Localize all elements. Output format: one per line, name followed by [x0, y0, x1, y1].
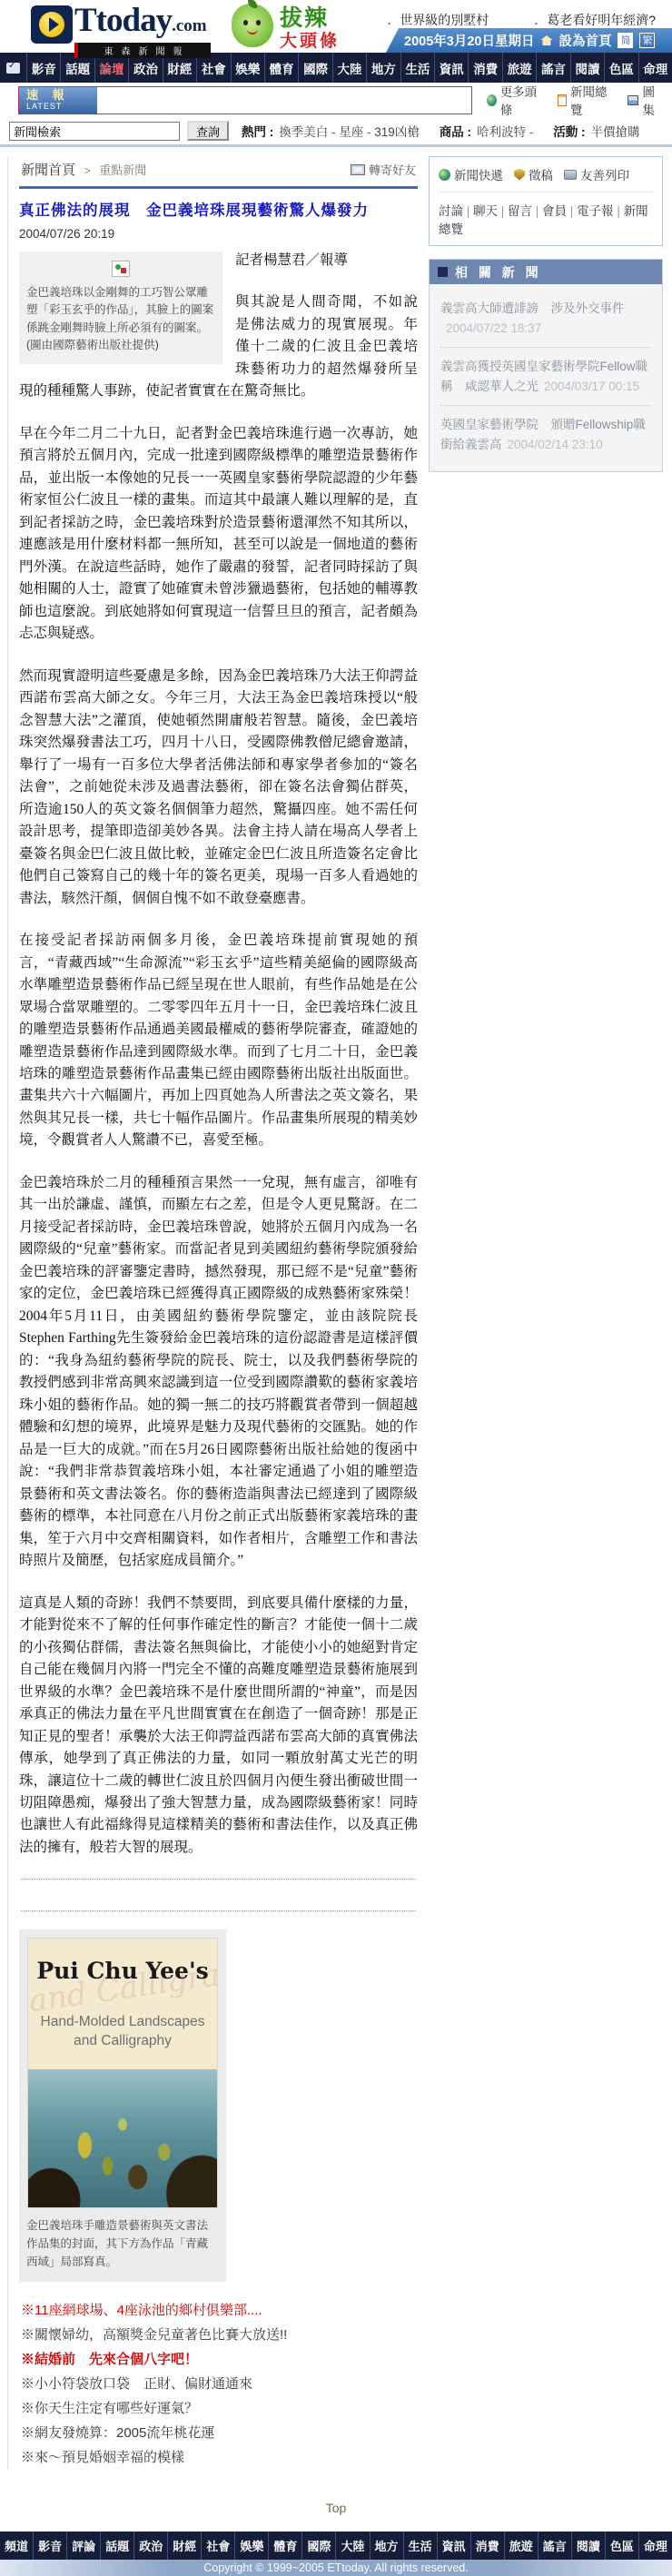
content-area: 新聞首頁 > 重點新聞 轉寄好友 真正佛法的展現 金巴義培珠展現藝術驚人爆發力 …: [0, 147, 672, 2470]
footer-nav-item[interactable]: 財經: [168, 2532, 202, 2560]
book-caption: 金巴義培珠手雕造景藝術與英文書法作品集的封面，其下方為作品「青藏西域」局部寫真。: [26, 2216, 219, 2271]
home-icon: [540, 35, 552, 45]
promo-link[interactable]: ※你天生注定有哪些好運氣？: [21, 2396, 418, 2421]
more-headlines-link[interactable]: 更多頭條: [487, 82, 542, 118]
print-friendly-link[interactable]: 友善列印: [564, 165, 629, 183]
footer-nav-item[interactable]: 消費: [471, 2532, 505, 2560]
logo-wordmark: Ttoday.com: [74, 2, 207, 39]
footer-nav-item[interactable]: 謠言: [539, 2532, 572, 2560]
footer-nav-item[interactable]: 大陸: [336, 2532, 370, 2560]
breadcrumb-section[interactable]: 重點新聞: [99, 163, 146, 177]
nav-item[interactable]: 地方: [367, 53, 400, 83]
related-news-item[interactable]: 義雲高獲授英國皇家藝術學院Fellow職稱 咸認華人之光2004/03/17 0…: [440, 348, 651, 406]
article-paragraphs: 與其說是人間奇聞，不如說是佛法威力的現實展現。年僅十二歲的仁波且金巴義培珠藝術功…: [19, 291, 418, 1859]
promo-link[interactable]: ※結婚前 先來合個八字吧！: [21, 2347, 418, 2372]
footer-nav-item[interactable]: 地方: [371, 2532, 404, 2560]
nav-item[interactable]: 消費: [469, 53, 502, 83]
nav-item[interactable]: 命理: [639, 53, 672, 83]
simplified-chinese-button[interactable]: 简: [618, 33, 633, 48]
et-logo-icon: [31, 5, 73, 44]
header-headlines: 世界級的別墅村 葛老看好明年經濟?: [345, 11, 656, 29]
submission-link[interactable]: 徵稿: [514, 165, 553, 183]
footer-nav-item[interactable]: 旅遊: [505, 2532, 539, 2560]
page-icon: [558, 94, 567, 106]
photo-caption: 金巴義培珠以金剛舞的工巧智公眾雕塑「彩玉玄乎的作品」，其臉上的圖案係跳金剛舞時臉…: [26, 284, 215, 355]
quick-links-box: 新聞快遞 徵稿 友善列印 討論聊天留言會員電子報新聞總覽: [429, 156, 663, 246]
related-news-box: 相 關 新 聞 義雲高大師遭誹謗 涉及外交事件2004/07/22 18:37 …: [429, 259, 663, 472]
picture-icon: [628, 95, 638, 105]
search-row: 查詢 熱門 : 換季美白星座319凶槍 商品 : 哈利波特 活動 : 半價搶購: [0, 117, 672, 147]
article-paragraph: 在接受記者採訪兩個多月後，金巴義培珠提前實現她的預言，“青藏西域”“生命源流”“…: [19, 930, 418, 1152]
footer-nav-item[interactable]: 色區: [606, 2532, 639, 2560]
article-title: 真正佛法的展現 金巴義培珠展現藝術驚人爆發力: [19, 198, 418, 220]
article-paragraph: 金巴義培珠於二月的種種預言果然一一兌現，無有虛言，卻唯有其一出於謙虛、謹慎，而顯…: [19, 1172, 418, 1573]
footer-nav-item[interactable]: 政治: [134, 2532, 168, 2560]
gallery-link[interactable]: 圖集: [628, 82, 663, 118]
related-news-list: 義雲高大師遭誹謗 涉及外交事件2004/07/22 18:37 義雲高獲授英國皇…: [430, 284, 662, 471]
promo-link[interactable]: ※小小符袋放口袋 正財、偏財通通來: [21, 2372, 418, 2396]
dotted-separator: [21, 1910, 416, 1911]
activity-link[interactable]: 半價搶購: [591, 122, 640, 140]
globe-icon: [487, 94, 497, 106]
back-to-top-row: Top: [0, 2470, 672, 2532]
hot-keyword-link[interactable]: 星座: [339, 125, 374, 139]
forward-icon: [351, 164, 365, 175]
related-news-title: 相 關 新 聞: [455, 263, 542, 281]
breadcrumb-news-home[interactable]: 新聞首頁: [21, 163, 75, 178]
footer-nav: 頻道影音評論話題政治財經社會娛樂體育國際大陸地方生活資訊消費旅遊謠言閱讀色區命理: [0, 2532, 672, 2560]
member-link[interactable]: 電子報: [577, 204, 624, 218]
related-news-item[interactable]: 英國皇家藝術學院 頒贈Fellowship職銜給義雲高2004/02/14 23…: [440, 406, 651, 463]
square-bullet-icon: [438, 267, 448, 277]
footer-nav-item[interactable]: 娛樂: [235, 2532, 269, 2560]
member-links: 討論聊天留言會員電子報新聞總覽: [439, 192, 653, 237]
promo-link[interactable]: ※11座網球場、4座泳池的鄉村俱樂部....: [21, 2298, 418, 2323]
article-body: 金巴義培珠以金剛舞的工巧智公眾雕塑「彩玉玄乎的作品」，其臉上的圖案係跳金剛舞時臉…: [19, 250, 418, 1859]
book-author: Pui Chu Yee's: [34, 1953, 212, 1989]
nav-item[interactable]: 旅遊: [503, 53, 537, 83]
promo-link[interactable]: ※網友發燒算：2005流年桃花運: [21, 2421, 418, 2445]
set-homepage-link[interactable]: 設為首頁: [558, 31, 611, 50]
article-photo-box: 金巴義培珠以金剛舞的工巧智公眾雕塑「彩玉玄乎的作品」，其臉上的圖案係跳金剛舞時臉…: [19, 252, 222, 364]
date-bar: 2005年3月20日星期日 設為首頁 简 繁: [386, 28, 672, 53]
latest-news-row: 速 報 LATEST 更多頭條 新聞總覽 圖集: [0, 83, 672, 117]
footer-nav-item[interactable]: 命理: [639, 2532, 672, 2560]
member-link[interactable]: 聊天: [473, 204, 508, 218]
news-search-input[interactable]: [9, 122, 180, 141]
mascot-banner: 拔辣 大頭條: [280, 7, 340, 50]
printer-icon: [564, 170, 577, 180]
book-cover-photo: [28, 2069, 217, 2207]
nav-item[interactable]: 資訊: [435, 53, 469, 83]
latest-ticker-box: 速 報 LATEST: [18, 86, 472, 114]
latest-links: 更多頭條 新聞總覽 圖集: [487, 82, 663, 118]
nav-item[interactable]: 謠言: [537, 53, 570, 83]
nav-item[interactable]: 閱讀: [571, 53, 605, 83]
headline-link-villa[interactable]: 世界級的別墅村: [387, 13, 489, 27]
promo-link[interactable]: ※來～預見婚姻幸福的模樣: [21, 2445, 418, 2470]
traditional-chinese-button[interactable]: 繁: [639, 33, 655, 48]
hot-keyword-link[interactable]: 換季美白: [279, 125, 339, 139]
headline-link-economy[interactable]: 葛老看好明年經濟?: [534, 13, 656, 27]
footer-nav-item[interactable]: 閱讀: [572, 2532, 606, 2560]
hot-keyword-link[interactable]: 319凶槍: [374, 125, 420, 139]
member-link[interactable]: 會員: [542, 204, 577, 218]
article-paragraph: 早在今年二月二十九日，記者對金巴義培珠進行過一次專訪，她預言將於五個月內，完成一…: [19, 423, 418, 646]
nav-item[interactable]: 國際: [299, 53, 332, 83]
site-header: Ttoday.com 東森新聞報 拔辣 大頭條 世界級的別墅村 葛老看好明年經濟…: [0, 0, 672, 53]
sidebar: 新聞快遞 徵稿 友善列印 討論聊天留言會員電子報新聞總覽 相 關 新 聞 義雲高…: [429, 156, 663, 472]
latest-label: 速 報 LATEST: [19, 87, 97, 114]
product-link[interactable]: 哈利波特: [477, 122, 533, 140]
footer-nav-item[interactable]: 評論: [67, 2532, 101, 2560]
article-paragraph: 然而現實證明這些憂慮是多餘，因為金巴義培珠乃大法王仰諤益西諾布雲高大師之女。今年…: [19, 666, 418, 910]
copyright-bar: Copyright © 1999~2005 ETtoday. All right…: [0, 2560, 672, 2576]
news-icon: [6, 63, 20, 74]
globe-icon: [439, 169, 450, 181]
logo-tagline: 東森新聞報: [74, 43, 211, 58]
article-column: 新聞首頁 > 重點新聞 轉寄好友 真正佛法的展現 金巴義培珠展現藝術驚人爆發力 …: [7, 156, 418, 2470]
footer-nav-item[interactable]: 國際: [302, 2532, 336, 2560]
back-to-top-link[interactable]: Top: [326, 2501, 347, 2515]
footer-nav-item[interactable]: 話題: [101, 2532, 134, 2560]
news-home-nav-button[interactable]: [0, 53, 27, 83]
footer-nav-item[interactable]: 體育: [269, 2532, 302, 2560]
broken-image-icon: [112, 261, 130, 277]
promo-link[interactable]: ※關懷婦幼，高額獎金兒童著色比賽大放送!!: [21, 2323, 418, 2347]
mascot-icon: [232, 4, 273, 47]
current-date: 2005年3月20日星期日: [404, 31, 534, 50]
nav-item[interactable]: 生活: [401, 53, 435, 83]
shield-icon: [514, 169, 525, 181]
footer-nav-item[interactable]: 影音: [34, 2532, 67, 2560]
member-link[interactable]: 討論: [439, 204, 473, 218]
nav-item[interactable]: 體育: [265, 53, 299, 83]
search-button[interactable]: 查詢: [187, 121, 229, 141]
nav-item[interactable]: 色區: [605, 53, 638, 83]
footer-nav-item[interactable]: 社會: [202, 2532, 235, 2560]
footer-nav-item[interactable]: 頻道: [0, 2532, 34, 2560]
member-link[interactable]: 留言: [508, 204, 542, 218]
title-divider: [19, 186, 418, 189]
nav-item[interactable]: 大陸: [333, 53, 367, 83]
hot-tags: 熱門 : 換季美白星座319凶槍 商品 : 哈利波特 活動 : 半價搶購: [242, 122, 640, 140]
breadcrumb: 新聞首頁 > 重點新聞 轉寄好友: [19, 156, 418, 183]
related-news-item[interactable]: 義雲高大師遭誹謗 涉及外交事件2004/07/22 18:37: [440, 290, 651, 348]
footer-nav-item[interactable]: 生活: [404, 2532, 438, 2560]
forward-to-friend-link[interactable]: 轉寄好友: [351, 161, 416, 178]
book-cover-box: and Calligraphy Pui Chu Yee's Hand-Molde…: [19, 1930, 226, 2282]
article-paragraph: 這真是人類的奇跡！我們不禁要問，到底要具備什麼樣的力量，才能對從來不了解的任何事…: [19, 1593, 418, 1860]
book-title: Hand-Molded Landscapes and Calligraphy: [34, 2013, 212, 2051]
news-overview-link[interactable]: 新聞總覽: [558, 82, 611, 118]
book-cover-image: and Calligraphy Pui Chu Yee's Hand-Molde…: [28, 1939, 217, 2207]
article-datetime: 2004/07/26 20:19: [19, 227, 418, 241]
dotted-separator: [21, 1879, 416, 1880]
breadcrumb-separator: >: [84, 164, 91, 177]
nav-item[interactable]: 娛樂: [232, 53, 265, 83]
related-news-header: 相 關 新 聞: [430, 260, 662, 284]
news-express-link[interactable]: 新聞快遞: [439, 165, 503, 183]
promo-links: ※11座網球場、4座泳池的鄉村俱樂部....※關懷婦幼，高額獎金兒童著色比賽大放…: [21, 2298, 418, 2470]
ettoday-logo[interactable]: Ttoday.com 東森新聞報: [31, 5, 211, 58]
footer-nav-item[interactable]: 資訊: [438, 2532, 471, 2560]
